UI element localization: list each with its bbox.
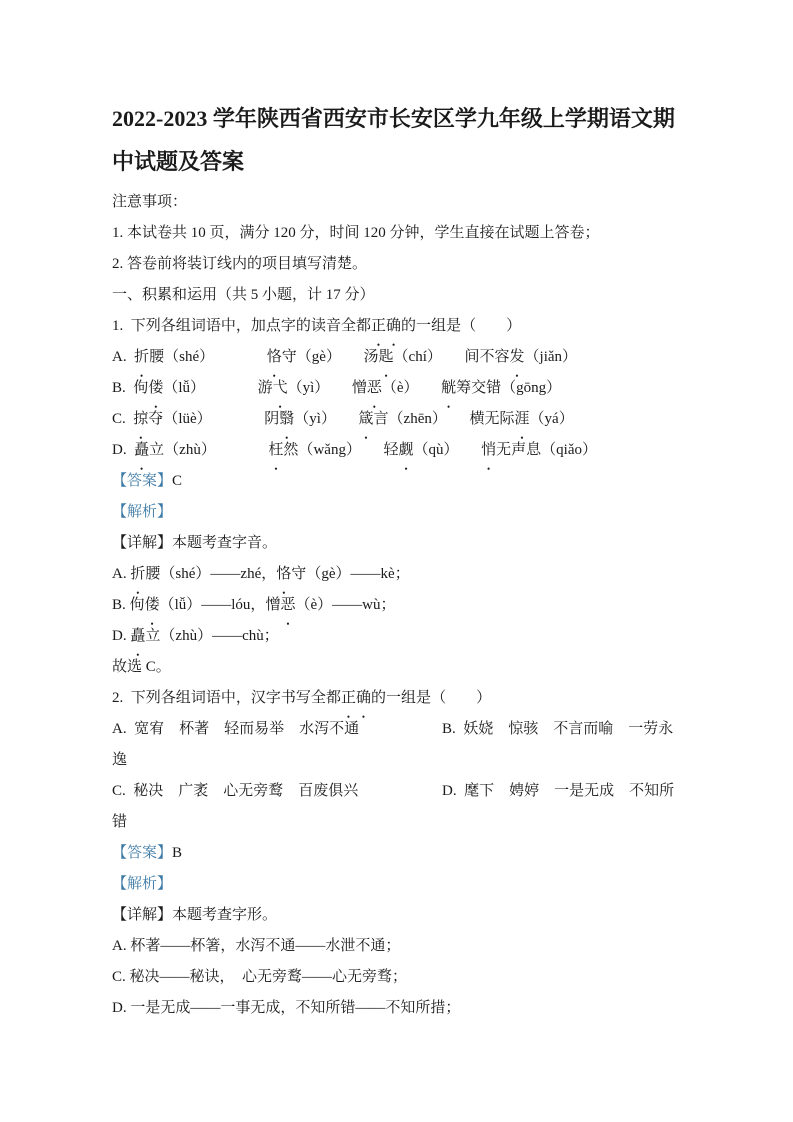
q1-explanation-line-d: D. 矗立（zhù）——chù； xyxy=(112,621,684,652)
q2-explanation-line-a: A. 杯著——杯箸，水泻不通——水泄不通； xyxy=(112,931,684,962)
q2-answer-value: B xyxy=(172,845,182,861)
q1-answer-line: 【答案】C xyxy=(112,466,684,497)
q2-option-b-wrap: 逸 xyxy=(112,745,684,776)
section-1-heading: 一、积累和运用（共 5 小题，计 17 分） xyxy=(112,280,684,311)
q2-answer-label: 【答案】 xyxy=(112,845,172,861)
exam-title-line-2: 中试题及答案 xyxy=(112,140,684,183)
q1-option-c: C. 掠夺（lüè） 阴翳（yì） 箴言（zhēn） 横无际涯（yá） xyxy=(112,404,684,435)
q1-stem: 1. 下列各组词语中，加点字的读音全都正确的一组是（ ） xyxy=(112,311,684,342)
q1-conclusion: 故选 C。 xyxy=(112,652,684,683)
exam-title-line-1: 2022-2023 学年陕西省西安市长安区学九年级上学期语文期 xyxy=(112,97,684,140)
exam-document-page: 2022-2023 学年陕西省西安市长安区学九年级上学期语文期 中试题及答案 注… xyxy=(112,97,684,1024)
q1-option-a: A. 折腰（shé） 恪守（gè） 汤匙（chí） 间不容发（jiǎn） xyxy=(112,342,684,373)
notice-heading: 注意事项： xyxy=(112,187,684,218)
q1-answer-value: C xyxy=(172,473,182,489)
q2-option-d: D. 麾下 娉婷 一是无成 不知所 xyxy=(442,776,684,807)
q2-options-row-2: C. 秘决 广袤 心无旁鹜 百废俱兴 D. 麾下 娉婷 一是无成 不知所 xyxy=(112,776,684,807)
notice-item-1: 1. 本试卷共 10 页，满分 120 分，时间 120 分钟，学生直接在试题上… xyxy=(112,218,684,249)
exam-document: { "colors": { "answer_blue": "#3d7aa5", … xyxy=(0,0,793,1122)
q1-explanation-intro: 【详解】本题考查字音。 xyxy=(112,528,684,559)
q1-analysis-label: 【解析】 xyxy=(112,504,172,520)
q2-option-d-wrap: 错 xyxy=(112,807,684,838)
notice-item-2: 2. 答卷前将装订线内的项目填写清楚。 xyxy=(112,249,684,280)
q1-analysis-line: 【解析】 xyxy=(112,497,684,528)
q2-explanation-line-c: C. 秘决——秘诀， 心无旁鹜——心无旁骛； xyxy=(112,962,684,993)
q2-explanation-intro: 【详解】本题考查字形。 xyxy=(112,900,684,931)
q1-option-b: B. 佝偻（lǚ） 游弋（yì） 憎恶（è） 觥筹交错（gōng） xyxy=(112,373,684,404)
q2-option-b: B. 妖娆 惊骇 不言而喻 一劳永 xyxy=(442,714,684,745)
q2-stem: 2. 下列各组词语中，汉字书写全都正确的一组是（ ） xyxy=(112,683,684,714)
q1-option-d: D. 矗立（zhù） 枉然（wǎng） 轻觑（qù） 悄无声息（qiǎo） xyxy=(112,435,684,466)
q2-option-a: A. 宽宥 杯著 轻而易举 水泻不通 xyxy=(112,714,442,745)
q2-option-c: C. 秘决 广袤 心无旁鹜 百废俱兴 xyxy=(112,776,442,807)
q2-answer-line: 【答案】B xyxy=(112,838,684,869)
page-title: 2022-2023 学年陕西省西安市长安区学九年级上学期语文期 中试题及答案 xyxy=(112,97,684,183)
q2-explanation-line-d: D. 一是无成——一事无成，不知所错——不知所措； xyxy=(112,993,684,1024)
q2-analysis-line: 【解析】 xyxy=(112,869,684,900)
q1-explanation-line-a: A. 折腰（shé）——zhé，恪守（gè）——kè； xyxy=(112,559,684,590)
q1-explanation-line-b: B. 佝偻（lǚ）——lóu，憎恶（è）——wù； xyxy=(112,590,684,621)
q2-analysis-label: 【解析】 xyxy=(112,876,172,892)
q2-options-row-1: A. 宽宥 杯著 轻而易举 水泻不通 B. 妖娆 惊骇 不言而喻 一劳永 xyxy=(112,714,684,745)
q1-answer-label: 【答案】 xyxy=(112,473,172,489)
